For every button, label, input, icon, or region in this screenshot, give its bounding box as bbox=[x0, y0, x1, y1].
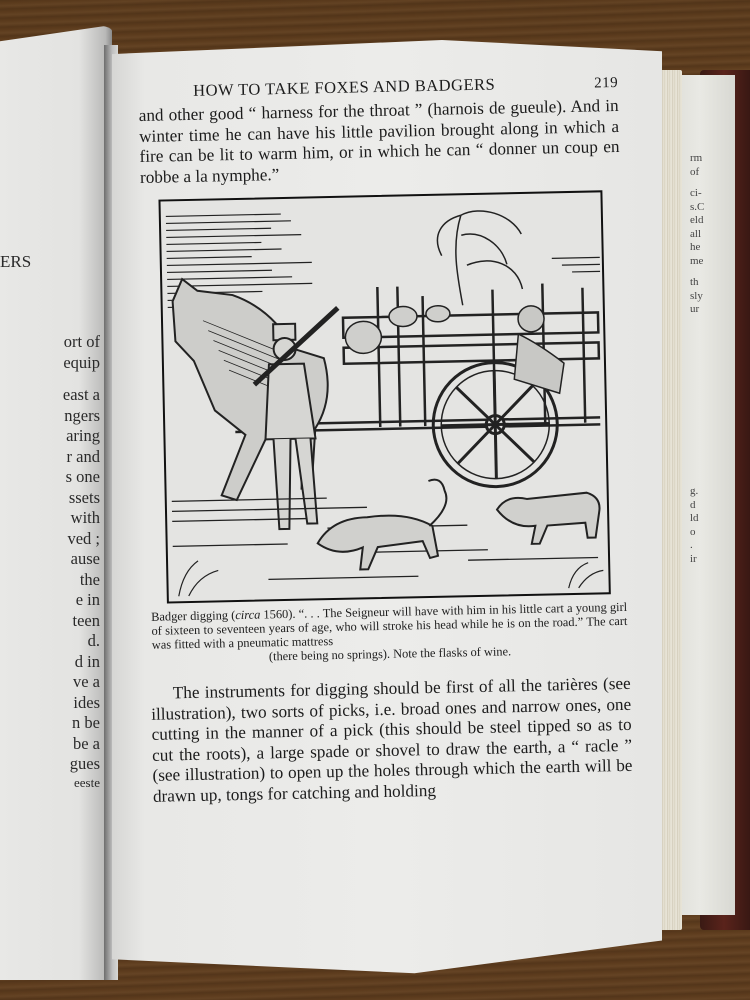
left-page-line: d. bbox=[0, 631, 100, 651]
left-page-line: d in bbox=[0, 652, 100, 672]
underlying-page-line: s.C bbox=[690, 201, 704, 214]
underlying-page-line: eld bbox=[690, 214, 703, 227]
body-paragraph: The instruments for digging should be fi… bbox=[151, 674, 633, 807]
left-page-line: ngers bbox=[0, 406, 100, 426]
underlying-page-line: ci- bbox=[690, 187, 702, 200]
underlying-page-line: ir bbox=[690, 553, 697, 566]
left-page-line: ssets bbox=[0, 488, 100, 508]
underlying-page-line: sly bbox=[690, 290, 703, 303]
woodcut-drawing bbox=[161, 192, 609, 601]
left-page-line: ause bbox=[0, 549, 100, 569]
left-page-line: e in bbox=[0, 590, 100, 610]
underlying-page-line: rm bbox=[690, 152, 702, 165]
woodcut-illustration bbox=[158, 190, 610, 603]
underlying-page-line: he bbox=[690, 241, 700, 254]
left-page-line: be a bbox=[0, 734, 100, 754]
underlying-page-line: all bbox=[690, 228, 701, 241]
left-page-line: aring bbox=[0, 426, 100, 446]
underlying-page-line: ld bbox=[690, 512, 699, 525]
underlying-page-line: me bbox=[690, 255, 703, 268]
underlying-page-line: o bbox=[690, 526, 696, 539]
left-page-line: eeste bbox=[0, 775, 100, 791]
left-page-line: gues bbox=[0, 754, 100, 774]
left-page-heading-fragment: ERS bbox=[0, 252, 31, 272]
left-page-line: ides bbox=[0, 693, 100, 713]
underlying-page-line: g. bbox=[690, 485, 698, 498]
caption-year: 1560). bbox=[260, 607, 295, 622]
underlying-page-line: d bbox=[690, 499, 696, 512]
left-page-line: ve a bbox=[0, 672, 100, 692]
left-page-line: equip bbox=[0, 353, 100, 373]
left-page-line: with bbox=[0, 508, 100, 528]
underlying-page-line: ur bbox=[690, 303, 699, 316]
page-number: 219 bbox=[594, 75, 618, 92]
left-page-line: s one bbox=[0, 467, 100, 487]
underlying-page-line: th bbox=[690, 276, 699, 289]
underlying-page-line: . bbox=[690, 539, 693, 552]
figure-caption: Badger digging (circa 1560). “. . . The … bbox=[151, 600, 628, 666]
opening-paragraph: and other good “ harness for the throat … bbox=[139, 96, 621, 188]
left-page-line: r and bbox=[0, 447, 100, 467]
left-page-line: ved ; bbox=[0, 529, 100, 549]
caption-italic: circa bbox=[235, 608, 260, 623]
left-page-line: teen bbox=[0, 611, 100, 631]
left-page-line: east a bbox=[0, 385, 100, 405]
page-content: HOW TO TAKE FOXES AND BADGERS 219 and ot… bbox=[138, 72, 633, 807]
underlying-page-line: of bbox=[690, 166, 699, 179]
left-page-line: ort of bbox=[0, 332, 100, 352]
left-page-line: the bbox=[0, 570, 100, 590]
left-page-line: n be bbox=[0, 713, 100, 733]
